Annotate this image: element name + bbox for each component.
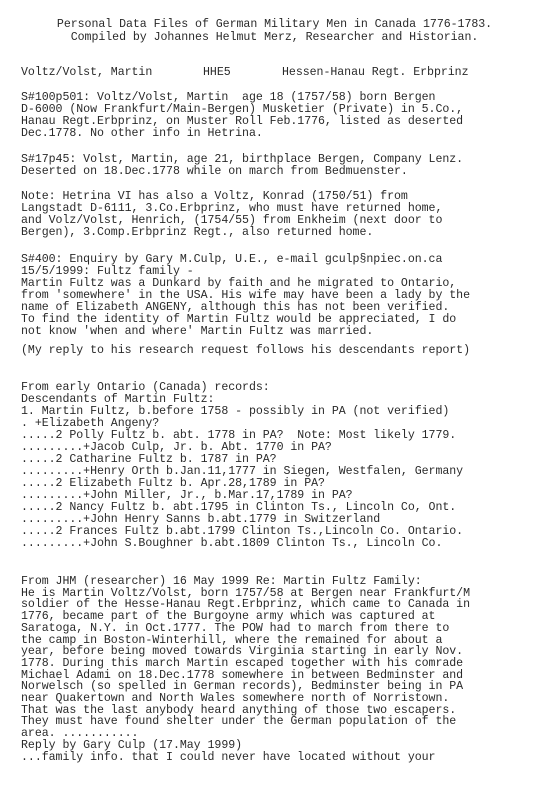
record-regiment: Hessen-Hanau Regt. Erbprinz	[282, 67, 469, 79]
text-line: Bergen), 3.Comp.Erbprinz Regt., also ret…	[21, 227, 373, 239]
text-line: Dec.1778. No other info in Hetrina.	[21, 128, 263, 140]
text-line: Saratoga, N.Y. in Oct.1777. The POW had …	[21, 623, 449, 635]
text-line: ...family info. that I could never have …	[21, 752, 435, 764]
document-title: Personal Data Files of German Military M…	[0, 19, 549, 31]
text-line: not know 'when and where' Martin Fultz w…	[21, 326, 373, 338]
record-code: HHE5	[203, 67, 231, 79]
record-name: Voltz/Volst, Martin	[21, 67, 152, 79]
text-line: Deserted on 18.Dec.1778 while on march f…	[21, 166, 408, 178]
document-subtitle: Compiled by Johannes Helmut Merz, Resear…	[0, 32, 549, 44]
text-line: .........+John S.Boughner b.abt.1809 Cli…	[21, 538, 442, 550]
text-line: Reply by Gary Culp (17.May 1999)	[21, 740, 242, 752]
text-line: (My reply to his research request follow…	[21, 345, 470, 357]
document-page: Personal Data Files of German Military M…	[0, 0, 549, 788]
